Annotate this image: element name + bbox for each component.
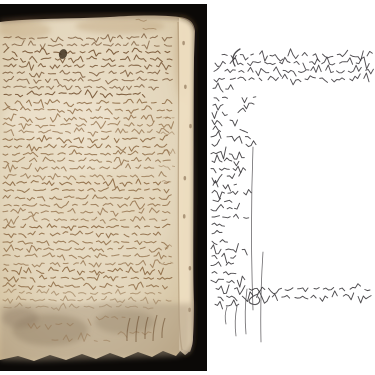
parchment-stain [75, 18, 165, 34]
parchment-stain [0, 21, 51, 39]
fore-edge-speckle [183, 214, 186, 218]
right-manuscript-page [207, 0, 375, 375]
parchment-stain [5, 95, 115, 145]
white-page-background [207, 0, 375, 375]
screenshot-root [0, 0, 375, 375]
fore-edge-speckle [184, 176, 187, 180]
manuscript-composite [0, 0, 375, 375]
fore-edge-speckle [184, 85, 187, 89]
bottom-stain-patch [95, 310, 155, 334]
left-manuscript-photo [0, 4, 207, 371]
fore-edge-speckle [182, 41, 185, 45]
fore-edge-speckle [189, 124, 192, 128]
fore-edge-speckle [189, 266, 192, 270]
